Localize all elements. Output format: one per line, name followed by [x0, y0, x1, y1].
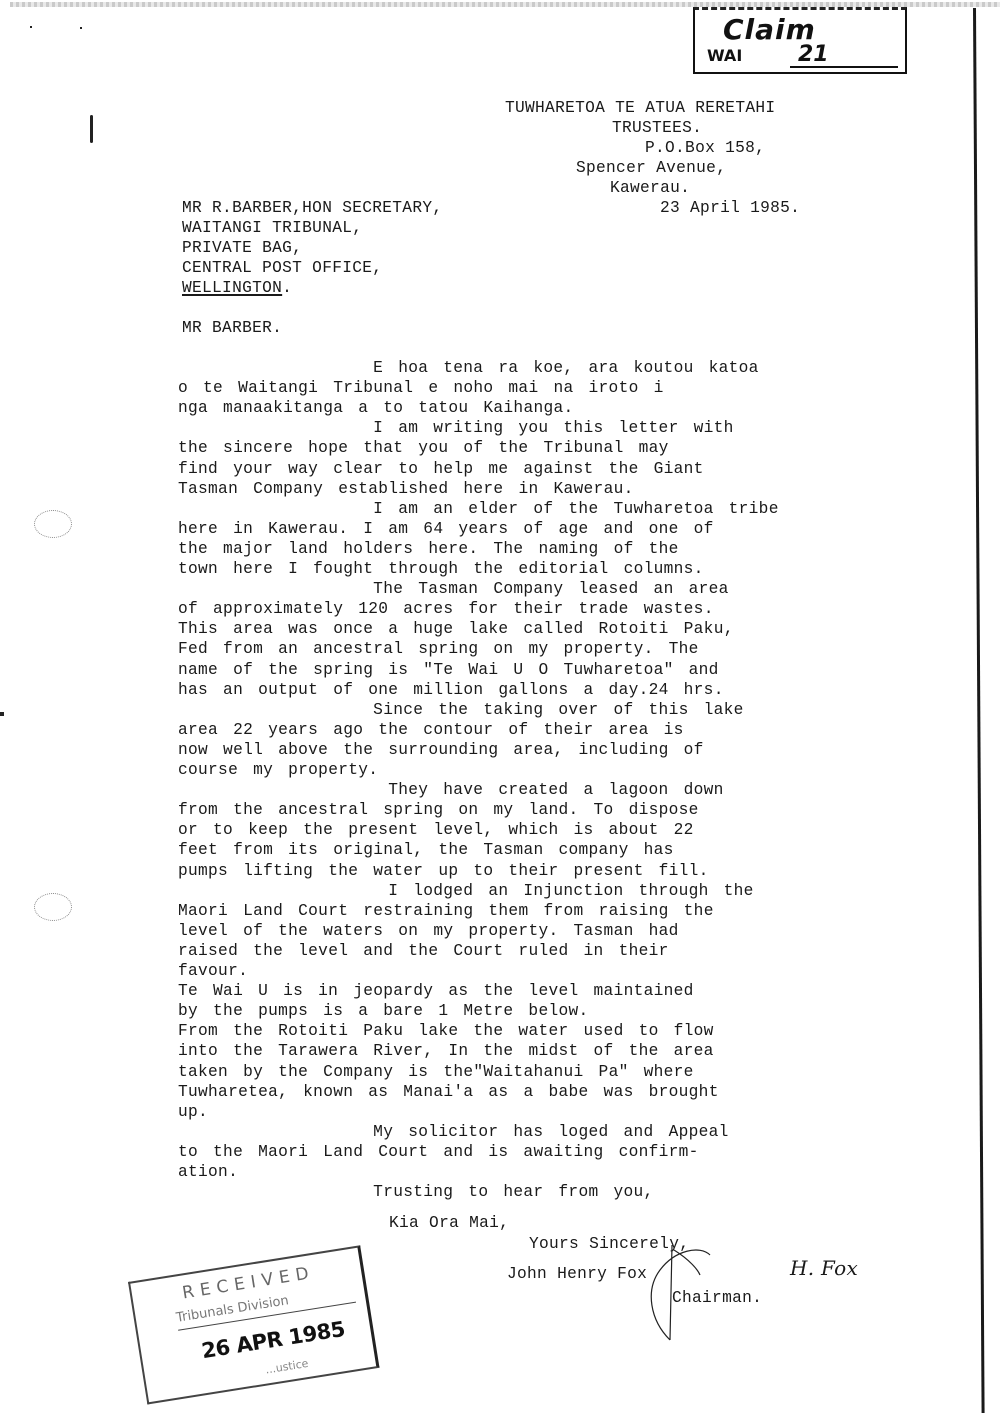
scan-speck [30, 26, 32, 28]
claim-number: 21 [790, 44, 898, 68]
recipient-line: PRIVATE BAG, [182, 238, 302, 258]
signatory-name: John Henry Fox [507, 1264, 647, 1284]
claim-stamp-box: Claim WAI 21 [693, 7, 907, 74]
body-line: into the Tarawera River, In the midst of… [178, 1041, 714, 1061]
body-line: of approximately 120 acres for their tra… [178, 599, 714, 619]
recipient-city-line: WELLINGTON. [182, 278, 292, 298]
body-line: Te Wai U is in jeopardy as the level mai… [178, 981, 694, 1001]
sender-line: TUWHARETOA TE ATUA RERETAHI [505, 98, 775, 118]
body-line: Tuwharetea, known as Manai'a as a babe w… [178, 1082, 719, 1102]
received-stamp-footer: ...ustice [264, 1357, 309, 1377]
punch-hole-mark [34, 510, 72, 538]
recipient-line: WAITANGI TRIBUNAL, [182, 218, 362, 238]
body-line: here in Kawerau. I am 64 years of age an… [178, 519, 714, 539]
body-line: by the pumps is a bare 1 Metre below. [178, 1001, 589, 1021]
body-line: the sincere hope that you of the Tribuna… [178, 438, 669, 458]
body-line: Since the taking over of this lake [178, 700, 744, 720]
body-line: to the Maori Land Court and is awaiting … [178, 1142, 699, 1162]
signature: H. Fox [790, 1258, 858, 1278]
recipient-line: CENTRAL POST OFFICE, [182, 258, 382, 278]
recipient-city: WELLINGTON [182, 279, 282, 297]
body-line: feet from its original, the Tasman compa… [178, 840, 674, 860]
body-line: name of the spring is "Te Wai U O Tuwhar… [178, 660, 719, 680]
body-line: I am an elder of the Tuwharetoa tribe [178, 499, 779, 519]
body-line: They have created a lagoon down [178, 780, 724, 800]
body-line: town here I fought through the editorial… [178, 559, 704, 579]
sender-line: Kawerau. [610, 178, 690, 198]
scan-speck [80, 27, 82, 29]
body-line: from the ancestral spring on my land. To… [178, 800, 699, 820]
body-line: course my property. [178, 760, 378, 780]
body-line: Fed from an ancestral spring on my prope… [178, 639, 699, 659]
body-line: I am writing you this letter with [178, 418, 734, 438]
sender-line: P.O.Box 158, [645, 138, 765, 158]
body-line: has an output of one million gallons a d… [178, 680, 724, 700]
body-line: The Tasman Company leased an area [178, 579, 729, 599]
sender-line: Spencer Avenue, [576, 158, 726, 178]
scan-right-edge [973, 8, 985, 1413]
body-line: ation. [178, 1162, 238, 1182]
body-line: up. [178, 1102, 208, 1122]
body-line: the major land holders here. The naming … [178, 539, 679, 559]
received-stamp: RECEIVED Tribunals Division 26 APR 1985 … [128, 1245, 380, 1404]
body-line: find your way clear to help me against t… [178, 459, 704, 479]
closing-greeting: Kia Ora Mai, [389, 1213, 509, 1233]
sender-line: TRUSTEES. [612, 118, 702, 138]
body-line: My solicitor has loged and Appeal [178, 1122, 729, 1142]
body-line: This area was once a huge lake called Ro… [178, 619, 734, 639]
body-line: From the Rotoiti Paku lake the water use… [178, 1021, 714, 1041]
punch-hole-mark [34, 893, 72, 921]
signature-flourish [640, 1230, 760, 1345]
body-line: area 22 years ago the contour of their a… [178, 720, 684, 740]
body-line: nga manaakitanga a to tatou Kaihanga. [178, 398, 574, 418]
recipient-line: MR R.BARBER,HON SECRETARY, [182, 198, 442, 218]
recipient-city-suffix: . [282, 279, 292, 297]
body-line: o te Waitangi Tribunal e noho mai na iro… [178, 378, 664, 398]
body-line: or to keep the present level, which is a… [178, 820, 694, 840]
body-line: taken by the Company is the"Waitahanui P… [178, 1062, 694, 1082]
body-line: now well above the surrounding area, inc… [178, 740, 704, 760]
left-margin-dot [0, 712, 4, 716]
body-line: Trusting to hear from you, [178, 1182, 654, 1202]
letter-date: 23 April 1985. [660, 198, 800, 218]
body-line: raised the level and the Court ruled in … [178, 941, 669, 961]
claim-label: Claim [723, 16, 816, 44]
body-line: E hoa tena ra koe, ara koutou katoa [178, 358, 759, 378]
body-line: favour. [178, 961, 248, 981]
body-line: pumps lifting the water up to their pres… [178, 861, 709, 881]
body-line: I lodged an Injunction through the [178, 881, 754, 901]
body-line: Tasman Company established here in Kawer… [178, 479, 634, 499]
left-margin-mark [90, 115, 93, 143]
body-line: Maori Land Court restraining them from r… [178, 901, 714, 921]
claim-prefix: WAI [707, 48, 742, 64]
body-line: level of the waters on my property. Tasm… [178, 921, 679, 941]
salutation: MR BARBER. [182, 318, 282, 338]
